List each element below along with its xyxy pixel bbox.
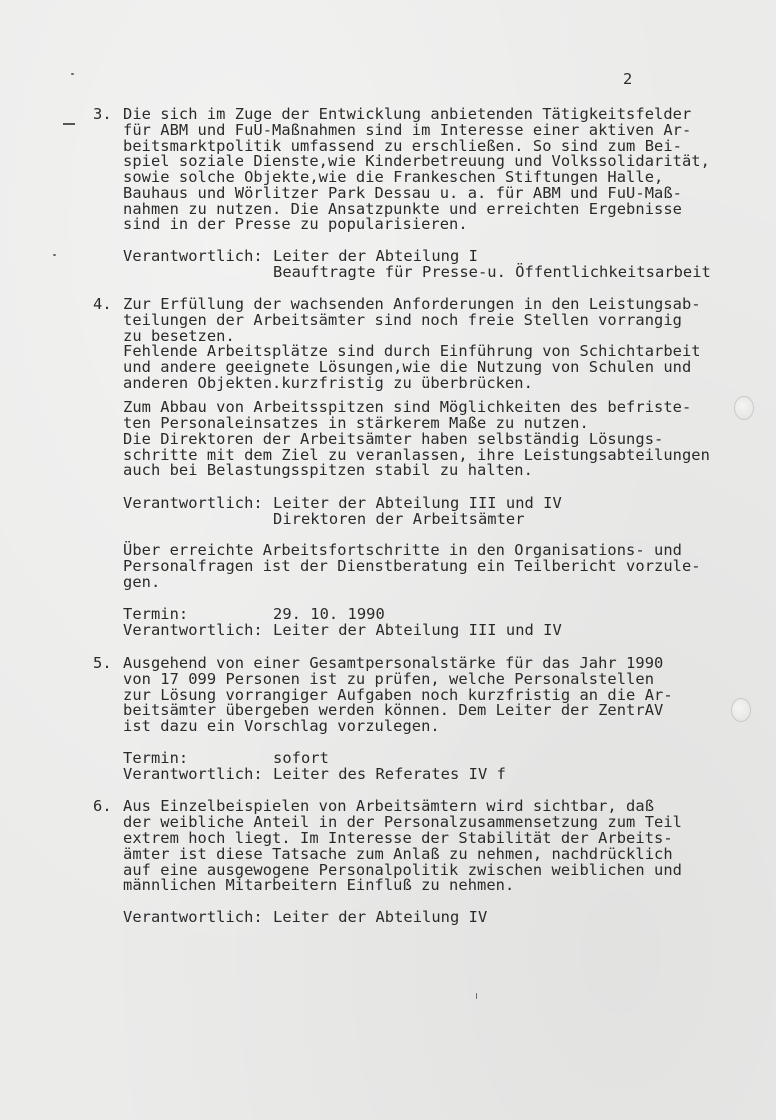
deadline-value: 29. 10. 1990 (273, 606, 385, 622)
responsible-label: Verantwortlich: (123, 622, 263, 638)
item-text-line: für ABM und FuU-Maßnahmen sind im Intere… (123, 122, 691, 138)
item-text-line: extrem hoch liegt. Im Interesse der Stab… (123, 830, 673, 846)
margin-speck (71, 73, 74, 75)
item-text-line: Ausgehend von einer Gesamtpersonalstärke… (123, 655, 663, 671)
item-text-line: ämter ist diese Tatsache zum Anlaß zu ne… (123, 846, 673, 862)
punch-hole-upper (734, 396, 754, 420)
item-text-line: Zur Erfüllung der wachsenden Anforderung… (123, 296, 701, 312)
item-number: 4. (93, 296, 112, 312)
item-text-line: männlichen Mitarbeitern Einfluß zu nehme… (123, 877, 514, 893)
item-number: 6. (93, 798, 112, 814)
item-text-line: teilungen der Arbeitsämter sind noch fre… (123, 312, 682, 328)
item-text-line: spiel soziale Dienste,wie Kinderbetreuun… (123, 153, 710, 169)
responsible-value: Leiter der Abteilung III und IV (273, 495, 562, 511)
followup-text-line: Personalfragen ist der Dienstberatung ei… (123, 558, 701, 574)
item-text-line: auch bei Belastungsspitzen stabil zu hal… (123, 462, 533, 478)
responsible-label: Verantwortlich: (123, 909, 263, 925)
item-text-line: beitsämter übergeben werden können. Dem … (123, 702, 663, 718)
item-text-line: der weibliche Anteil in der Personalzusa… (123, 814, 682, 830)
item-text-line: Bauhaus und Wörlitzer Park Dessau u. a. … (123, 185, 682, 201)
paper-speck (476, 993, 477, 999)
item-text-line: sind in der Presse zu popularisieren. (123, 216, 468, 232)
responsible-label: Verantwortlich: (123, 766, 263, 782)
responsible-value: Beauftragte für Presse-u. Öffentlichkeit… (273, 264, 711, 280)
item-text-line: von 17 099 Personen ist zu prüfen, welch… (123, 671, 654, 687)
responsible-label: Verantwortlich: (123, 248, 263, 264)
item-text-line: Zum Abbau von Arbeitsspitzen sind Möglic… (123, 399, 691, 415)
item-text-line: ist dazu ein Vorschlag vorzulegen. (123, 718, 440, 734)
item-text-line: und andere geeignete Lösungen,wie die Nu… (123, 359, 691, 375)
item-text-line: ten Personaleinsatzes in stärkerem Maße … (123, 415, 589, 431)
responsible-value: Leiter des Referates IV f (273, 766, 506, 782)
margin-speck (53, 254, 56, 256)
responsible-value: Leiter der Abteilung IV (273, 909, 487, 925)
item-text-line: Die Direktoren der Arbeitsämter haben se… (123, 431, 663, 447)
deadline-label: Termin: (123, 606, 188, 622)
margin-dash-mark (63, 123, 75, 125)
item-text-line: sowie solche Objekte,wie die Frankeschen… (123, 169, 663, 185)
responsible-value: Direktoren der Arbeitsämter (273, 511, 525, 527)
responsible-label: Verantwortlich: (123, 495, 263, 511)
followup-text-line: gen. (123, 574, 160, 590)
followup-text-line: Über erreichte Arbeitsfortschritte in de… (123, 542, 682, 558)
responsible-value: Leiter der Abteilung III und IV (273, 622, 562, 638)
item-text-line: anderen Objekten.kurzfristig zu überbrüc… (123, 375, 533, 391)
page-number: 2 (623, 71, 632, 87)
deadline-label: Termin: (123, 750, 188, 766)
responsible-value: Leiter der Abteilung I (273, 248, 478, 264)
item-number: 3. (93, 106, 112, 122)
punch-hole-lower (731, 698, 751, 722)
item-number: 5. (93, 655, 112, 671)
item-text-line: Fehlende Arbeitsplätze sind durch Einfüh… (123, 343, 701, 359)
deadline-value: sofort (273, 750, 329, 766)
item-text-line: Aus Einzelbeispielen von Arbeitsämtern w… (123, 798, 654, 814)
document-page: 2 3. Die sich im Zuge der Entwicklung an… (0, 0, 776, 1120)
item-text-line: Die sich im Zuge der Entwicklung anbiete… (123, 106, 691, 122)
